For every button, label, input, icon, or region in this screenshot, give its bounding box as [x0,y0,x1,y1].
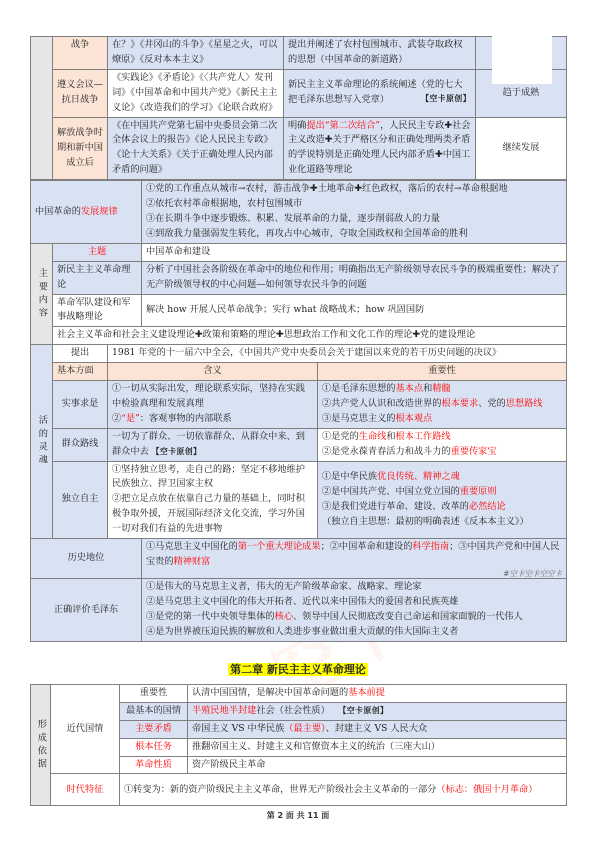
table-row: 革命军队建设和军事战略理论 解决 how 开展人民革命战争；实行 what 战略… [31,294,567,327]
row-value: 分析了中国社会各阶级在革命中的地位和作用；明确指出无产阶级领导农民斗争的极端重要… [142,261,567,294]
table-row: 时代特征 ①转变为：新的资产阶级民主主义革命，世界无产阶级社会主义革命的一部分（… [31,774,567,806]
period-cell: 遵义会议—抗日战争 [53,69,108,117]
table-row: 独立自主 ①坚持独立思考，走自己的路；坚定不移地维护民族独立、捍卫国家主权 ②把… [31,461,567,539]
table-row: 主要内容 主题 中国革命和建设 [31,243,567,261]
importance-cell: ①是党的生命线和根本工作路线 ②是党永葆青春活力和战斗力的重要传家宝 [318,428,567,461]
content-cell: 明确提出“第二次结合”，人民民主专政✚社会主义改造✚关于严格区分和正确处理两类矛… [284,117,476,180]
page-footer: 第 2 面 共 11 面 [0,810,596,823]
arrow-icon: → [454,183,462,194]
original-tag: 【空卡原创】 [152,447,202,456]
table-row: 实事求是 ①一切从实际出发，理论联系实际，坚持在实践中检验真理和发展真理 ②“是… [31,381,567,429]
table-row: 形成依据 近代国情 重要性 认清中国国情，是解决中国革命问题的基本前提 [31,684,567,702]
proposed-value: 1981 年党的十一届六中全会，《中国共产党中央委员会关于建国以来党的若干历史问… [108,345,567,363]
plus-icon: ✚ [444,120,452,131]
list-item: ③在长期斗争中逐步锻炼、积累、发展革命的力量，逐步削弱敌人的力量 [146,212,562,227]
row-label: 新民主主义革命理论 [53,261,142,294]
era-label: 时代特征 [51,774,120,806]
value-cell: 资产阶级民主革命 [188,756,567,774]
side-cell [31,37,53,180]
aspect-cell: 独立自主 [53,461,108,539]
status-label: 历史地位 [31,539,142,579]
meaning-cell: 一切为了群众、一切依靠群众、从群众中来、到群众中去 【空卡原创】 [108,428,318,461]
column-header: 基本方面 [53,363,108,381]
watermark-note: #空卡空卡空空卡 [146,570,562,578]
column-header: 重要性 [318,363,567,381]
period-cell: 解放战争时期和新中国成立后 [53,117,108,180]
table-row: 社会主义革命和社会主义建设理论✚政策和策略的理论✚思想政治工作和文化工作的理论✚… [31,327,567,345]
group-label: 近代国情 [51,684,120,774]
period-cell: 战争 [53,37,108,70]
era-value: ①转变为：新的资产阶级民主主义革命，世界无产阶级社会主义革命的一部分（标志：俄国… [120,774,567,806]
summary-table: 中国革命的发展规律 ①党的工作重点从城市→农村，游击战争✚土地革命✚红色政权，落… [30,180,567,642]
theme-value: 中国革命和建设 [142,243,567,261]
table-row: 群众路线 一切为了群众、一切依靠群众、从群众中来、到群众中去 【空卡原创】 ①是… [31,428,567,461]
table-row: 活的灵魂 提出 1981 年党的十一届六中全会，《中国共产党中央委员会关于建国以… [31,345,567,363]
key-cell: 最基本的国情 [120,702,188,720]
value-cell: 半殖民地半封建社会（社会性质） 【空卡原创】 [188,702,567,720]
main-content-label: 主要内容 [31,243,53,344]
value-cell: 认清中国国情，是解决中国革命问题的基本前提 [188,684,567,702]
value-cell: 推翻帝国主义、封建主义和官僚资本主义的统治（三座大山） [188,738,567,756]
meaning-cell: ①一切从实际出发，理论联系实际，坚持在实践中检验真理和发展真理 ②“是”：客观事… [108,381,318,429]
law-row: 中国革命的发展规律 ①党的工作重点从城市→农村，游击战争✚土地革命✚红色政权，落… [31,181,567,244]
table-row: 新民主主义革命理论 分析了中国社会各阶级在革命中的地位和作用；明确指出无产阶级领… [31,261,567,294]
stage-cell: 继续发展 [476,117,567,180]
other-theories: 社会主义革命和社会主义建设理论✚政策和策略的理论✚思想政治工作和文化工作的理论✚… [53,327,567,345]
content-cell: 新民主主义革命理论的系统阐述（党的七大把毛泽东思想写入党章） 【空卡原创】 [284,69,476,117]
list-item: ④到敌我力量强弱发生转化，再攻占中心城市，夺取全国政权和全国革命的胜利 [146,227,562,242]
status-value: ①马克思主义中国化的第一个重大理论成果；②中国革命和建设的科学指南；③中国共产党… [142,539,567,579]
plus-icon: ✚ [412,329,420,340]
table-row: 正确评价毛泽东 ①是伟大的马克思主义者，伟大的无产阶级革命家、战略家、理论家 ②… [31,579,567,642]
list-item: ①党的工作重点从城市→农村，游击战争✚土地革命✚红色政权，落后的农村→革命根据地 [146,182,562,197]
header-row: 基本方面 含义 重要性 [31,363,567,381]
aspect-cell: 群众路线 [53,428,108,461]
key-cell: 革命性质 [120,756,188,774]
original-tag: 【空卡原创】 [339,706,389,715]
chapter-title: 第二章 新民主主义革命理论 [30,661,566,679]
importance-cell: ①是中华民族优良传统、精神之魂 ②是中国共产党、中国立党立国的重要原则 ③是我们… [318,461,567,539]
table-row: 战争 在？》《井冈山的斗争》《星星之火，可以燎原》《反对本本主义》 提出并阐述了… [31,37,567,70]
works-cell: 在？》《井冈山的斗争》《星星之火，可以燎原》《反对本本主义》 [108,37,284,70]
works-cell: 《实践论》《矛盾论》《〈共产党人〉发刊词》《中国革命和中国共产党》《新民主主义论… [108,69,284,117]
evaluation-value: ①是伟大的马克思主义者，伟大的无产阶级革命家、战略家、理论家 ②是马克思主义中国… [142,579,567,642]
works-cell: 《在中国共产党第七届中央委员会第二次全体会议上的报告》《论人民民主专政》《论十大… [108,117,284,180]
row-label: 革命军队建设和军事战略理论 [53,294,142,327]
law-label: 中国革命的发展规律 [31,181,142,244]
plus-icon: ✚ [310,183,318,194]
table-row: 解放战争时期和新中国成立后 《在中国共产党第七届中央委员会第二次全体会议上的报告… [31,117,567,180]
content-cell: 提出并阐述了农村包围城市、武装夺取政权的思想（中国革命的新道路） [284,37,476,70]
blank-patch [492,32,552,84]
formation-table: 战争 在？》《井冈山的斗争》《星星之火，可以燎原》《反对本本主义》 提出并阐述了… [30,36,567,180]
plus-icon: ✚ [435,149,443,160]
value-cell: 帝国主义 VS 中华民族（最主要）、封建主义 VS 人民大众 [188,720,567,738]
document-page: 战争 在？》《井冈山的斗争》《星星之火，可以燎原》《反对本本主义》 提出并阐述了… [30,36,566,806]
key-cell: 重要性 [120,684,188,702]
soul-label: 活的灵魂 [31,345,53,539]
row-value: 解决 how 开展人民革命战争；实行 what 战略战术；how 巩固国防 [142,294,567,327]
chapter2-table: 形成依据 近代国情 重要性 认清中国国情，是解决中国革命问题的基本前提 最基本的… [30,684,567,807]
plus-icon: ✚ [276,329,284,340]
original-tag: 【空卡原创】 [421,93,471,106]
plus-icon: ✚ [195,329,203,340]
table-row: 遵义会议—抗日战争 《实践论》《矛盾论》《〈共产党人〉发刊词》《中国革命和中国共… [31,69,567,117]
law-content: ①党的工作重点从城市→农村，游击战争✚土地革命✚红色政权，落后的农村→革命根据地… [142,181,567,244]
proposed-label: 提出 [53,345,108,363]
aspect-cell: 实事求是 [53,381,108,429]
basis-label: 形成依据 [31,684,51,806]
key-cell: 主要矛盾 [120,720,188,738]
list-item: ②依托农村革命根据地，农村包围城市 [146,197,562,212]
table-row: 历史地位 ①马克思主义中国化的第一个重大理论成果；②中国革命和建设的科学指南；③… [31,539,567,579]
theme-label: 主题 [53,243,142,261]
column-header: 含义 [108,363,318,381]
evaluation-label: 正确评价毛泽东 [31,579,142,642]
plus-icon: ✚ [354,183,362,194]
importance-cell: ①是毛泽东思想的基本点和精髓 ②共产党人认识和改造世界的根本要求、党的思想路线 … [318,381,567,429]
meaning-cell: ①坚持独立思考，走自己的路；坚定不移地维护民族独立、捍卫国家主权 ②把立足点放在… [108,461,318,539]
arrow-icon: → [238,183,246,194]
key-cell: 根本任务 [120,738,188,756]
